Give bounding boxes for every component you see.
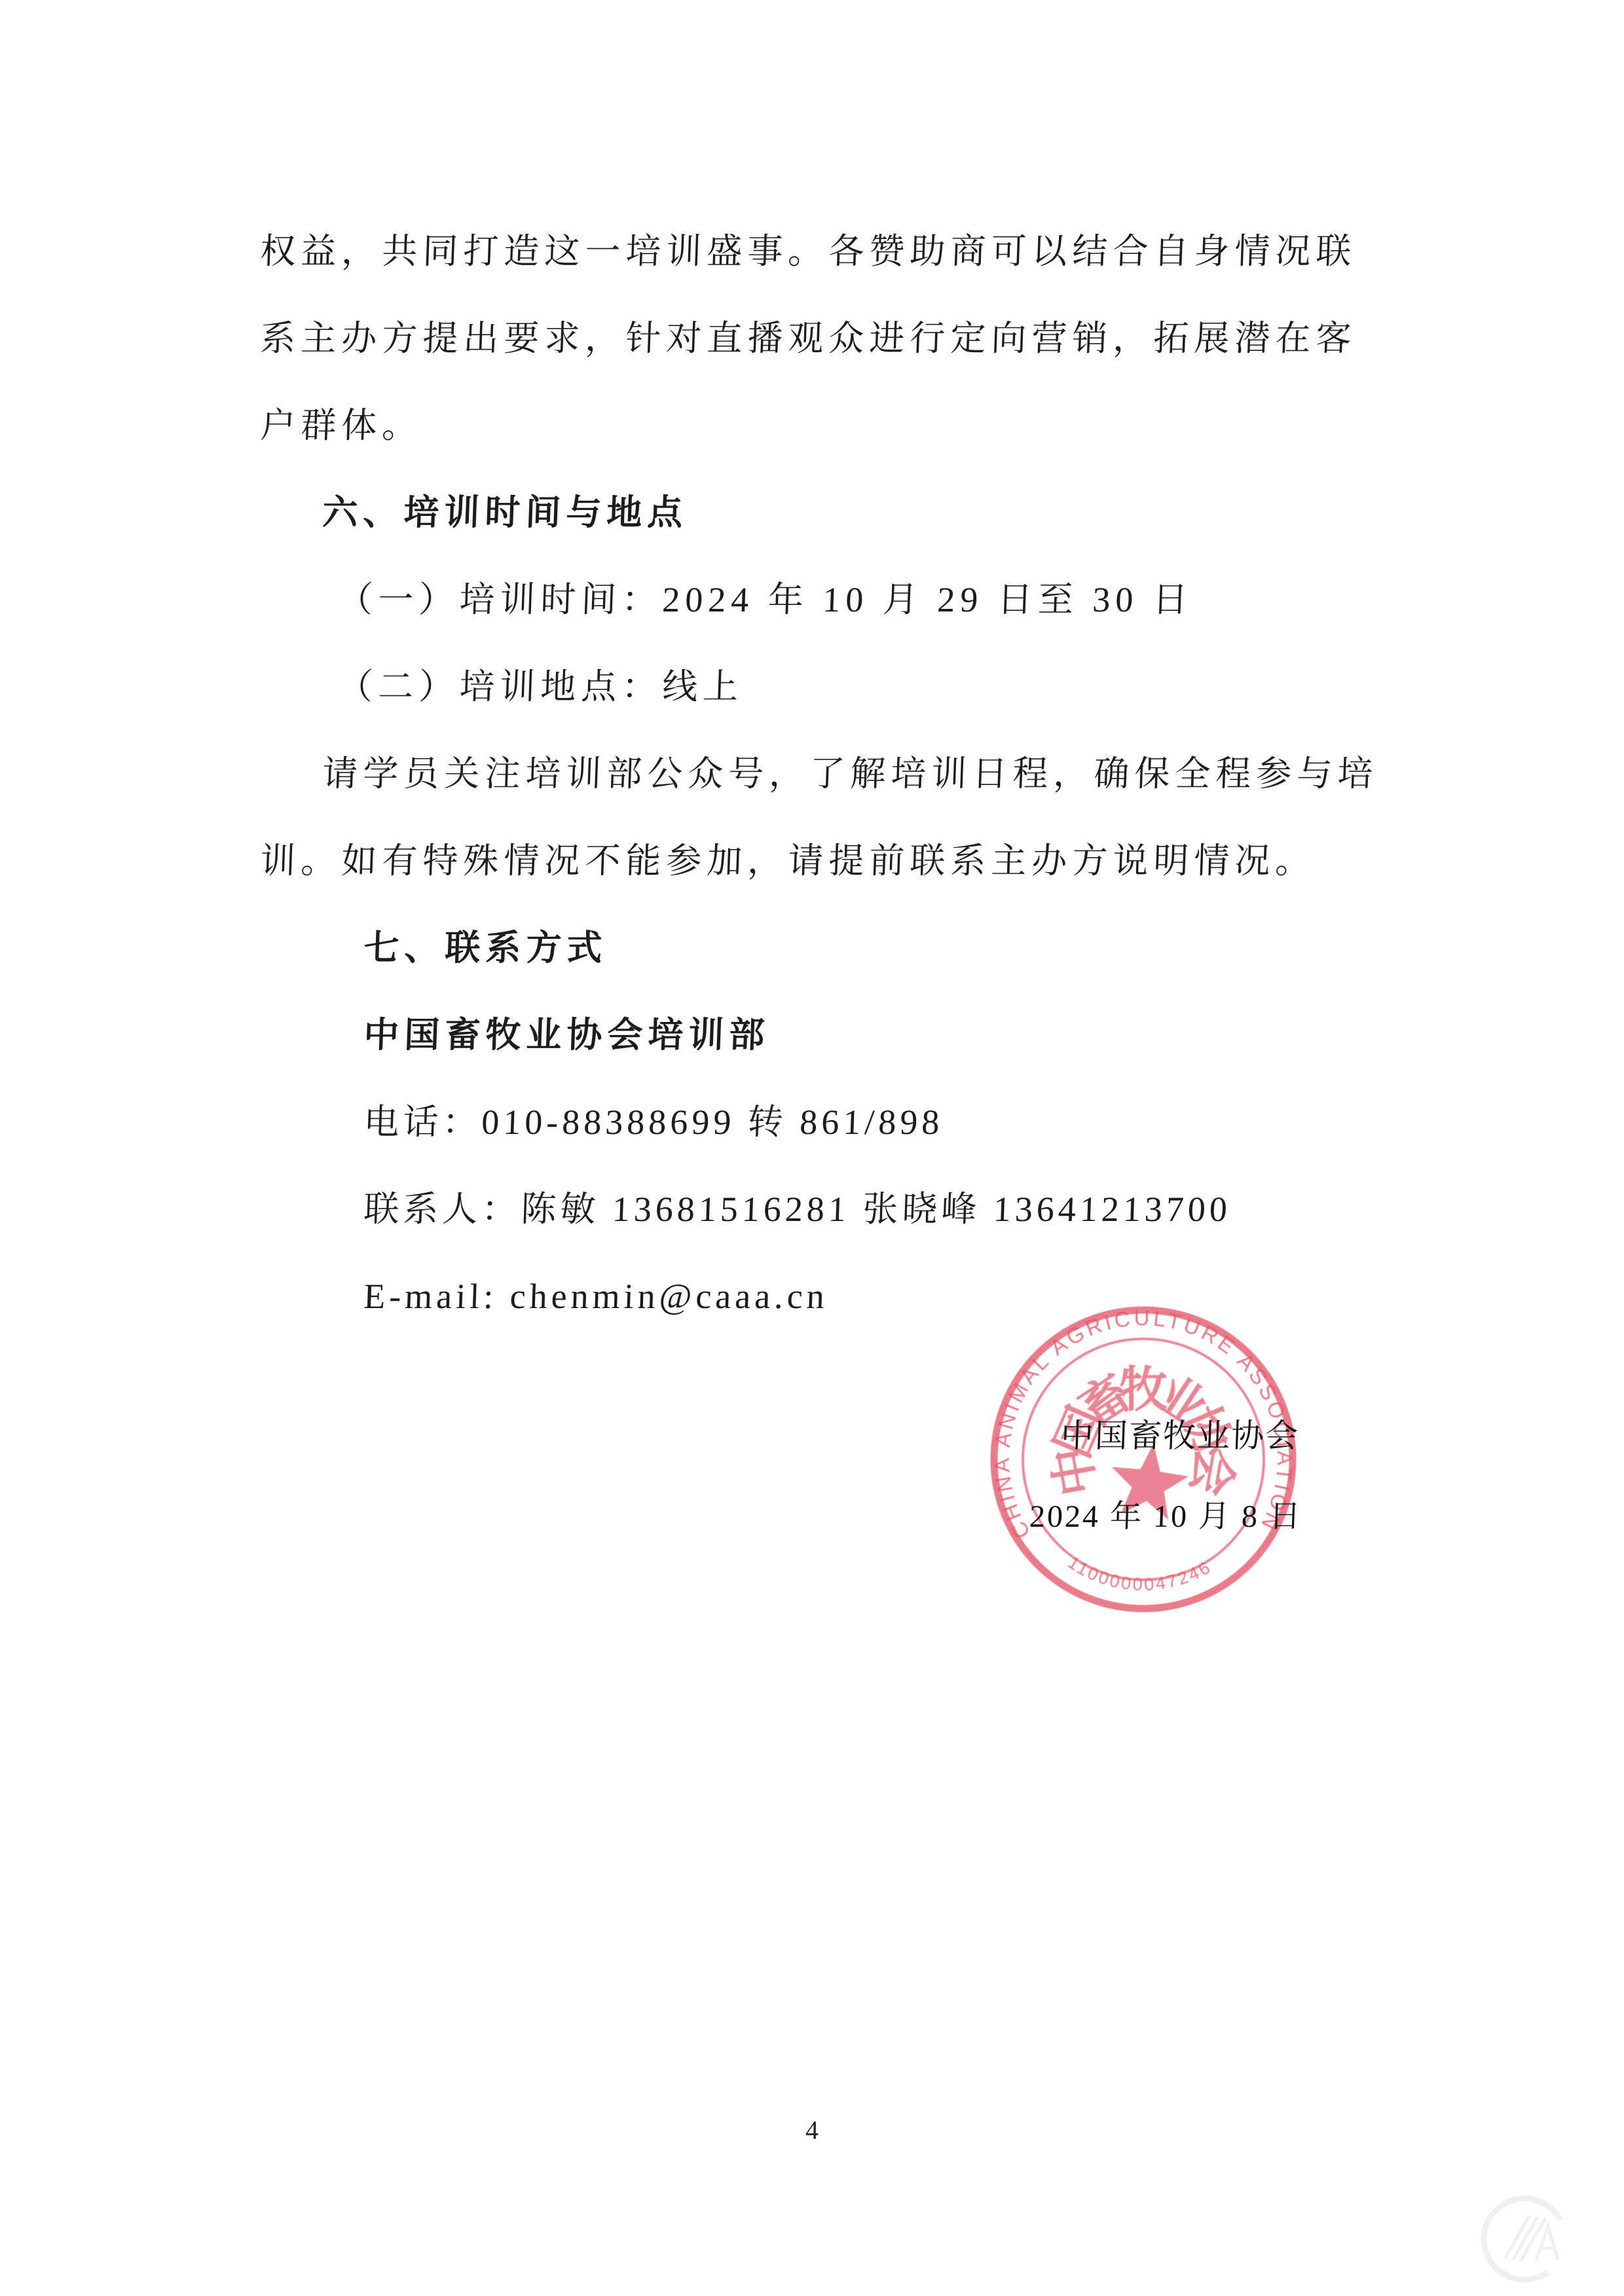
contact-org-line: 中国畜牧业协会培训部 bbox=[362, 992, 1414, 1079]
body-line: 系主办方提出要求，针对直播观众进行定向营销，拓展潜在客 bbox=[259, 295, 1414, 382]
section-heading-7: 七、联系方式 bbox=[362, 905, 1414, 992]
signature-date: 2024 年 10 月 8 日 bbox=[1029, 1501, 1303, 1533]
contact-person-line: 联系人：陈敏 13681516281 张晓峰 13641213700 bbox=[362, 1166, 1414, 1253]
body-line: （二）培训地点：线上 bbox=[336, 644, 1414, 731]
contact-phone-line: 电话：010-88388699 转 861/898 bbox=[362, 1079, 1414, 1166]
body-line: 训。如有特殊情况不能参加，请提前联系主办方说明情况。 bbox=[259, 818, 1414, 905]
stamp-serial: 1100000047246 bbox=[1064, 1552, 1217, 1594]
signature-org: 中国畜牧业协会 bbox=[1060, 1419, 1300, 1452]
caaa-watermark-icon bbox=[1479, 2192, 1577, 2290]
page-number: 4 bbox=[0, 2117, 1624, 2143]
body-line: 户群体。 bbox=[259, 382, 1414, 469]
body-line: 权益，共同打造这一培训盛事。各赞助商可以结合自身情况联 bbox=[259, 208, 1414, 295]
section-heading-6: 六、培训时间与地点 bbox=[321, 469, 1414, 556]
official-seal-stamp: CHINA ANIMAL AGRICULTURE ASSOCIATION 110… bbox=[981, 1298, 1308, 1625]
document-body: 权益，共同打造这一培训盛事。各赞助商可以结合自身情况联 系主办方提出要求，针对直… bbox=[259, 208, 1411, 1340]
document-page: 权益，共同打造这一培训盛事。各赞助商可以结合自身情况联 系主办方提出要求，针对直… bbox=[0, 0, 1624, 2296]
body-line: 请学员关注培训部公众号，了解培训日程，确保全程参与培 bbox=[321, 731, 1414, 818]
body-line: （一）培训时间：2024 年 10 月 29 日至 30 日 bbox=[336, 556, 1414, 644]
